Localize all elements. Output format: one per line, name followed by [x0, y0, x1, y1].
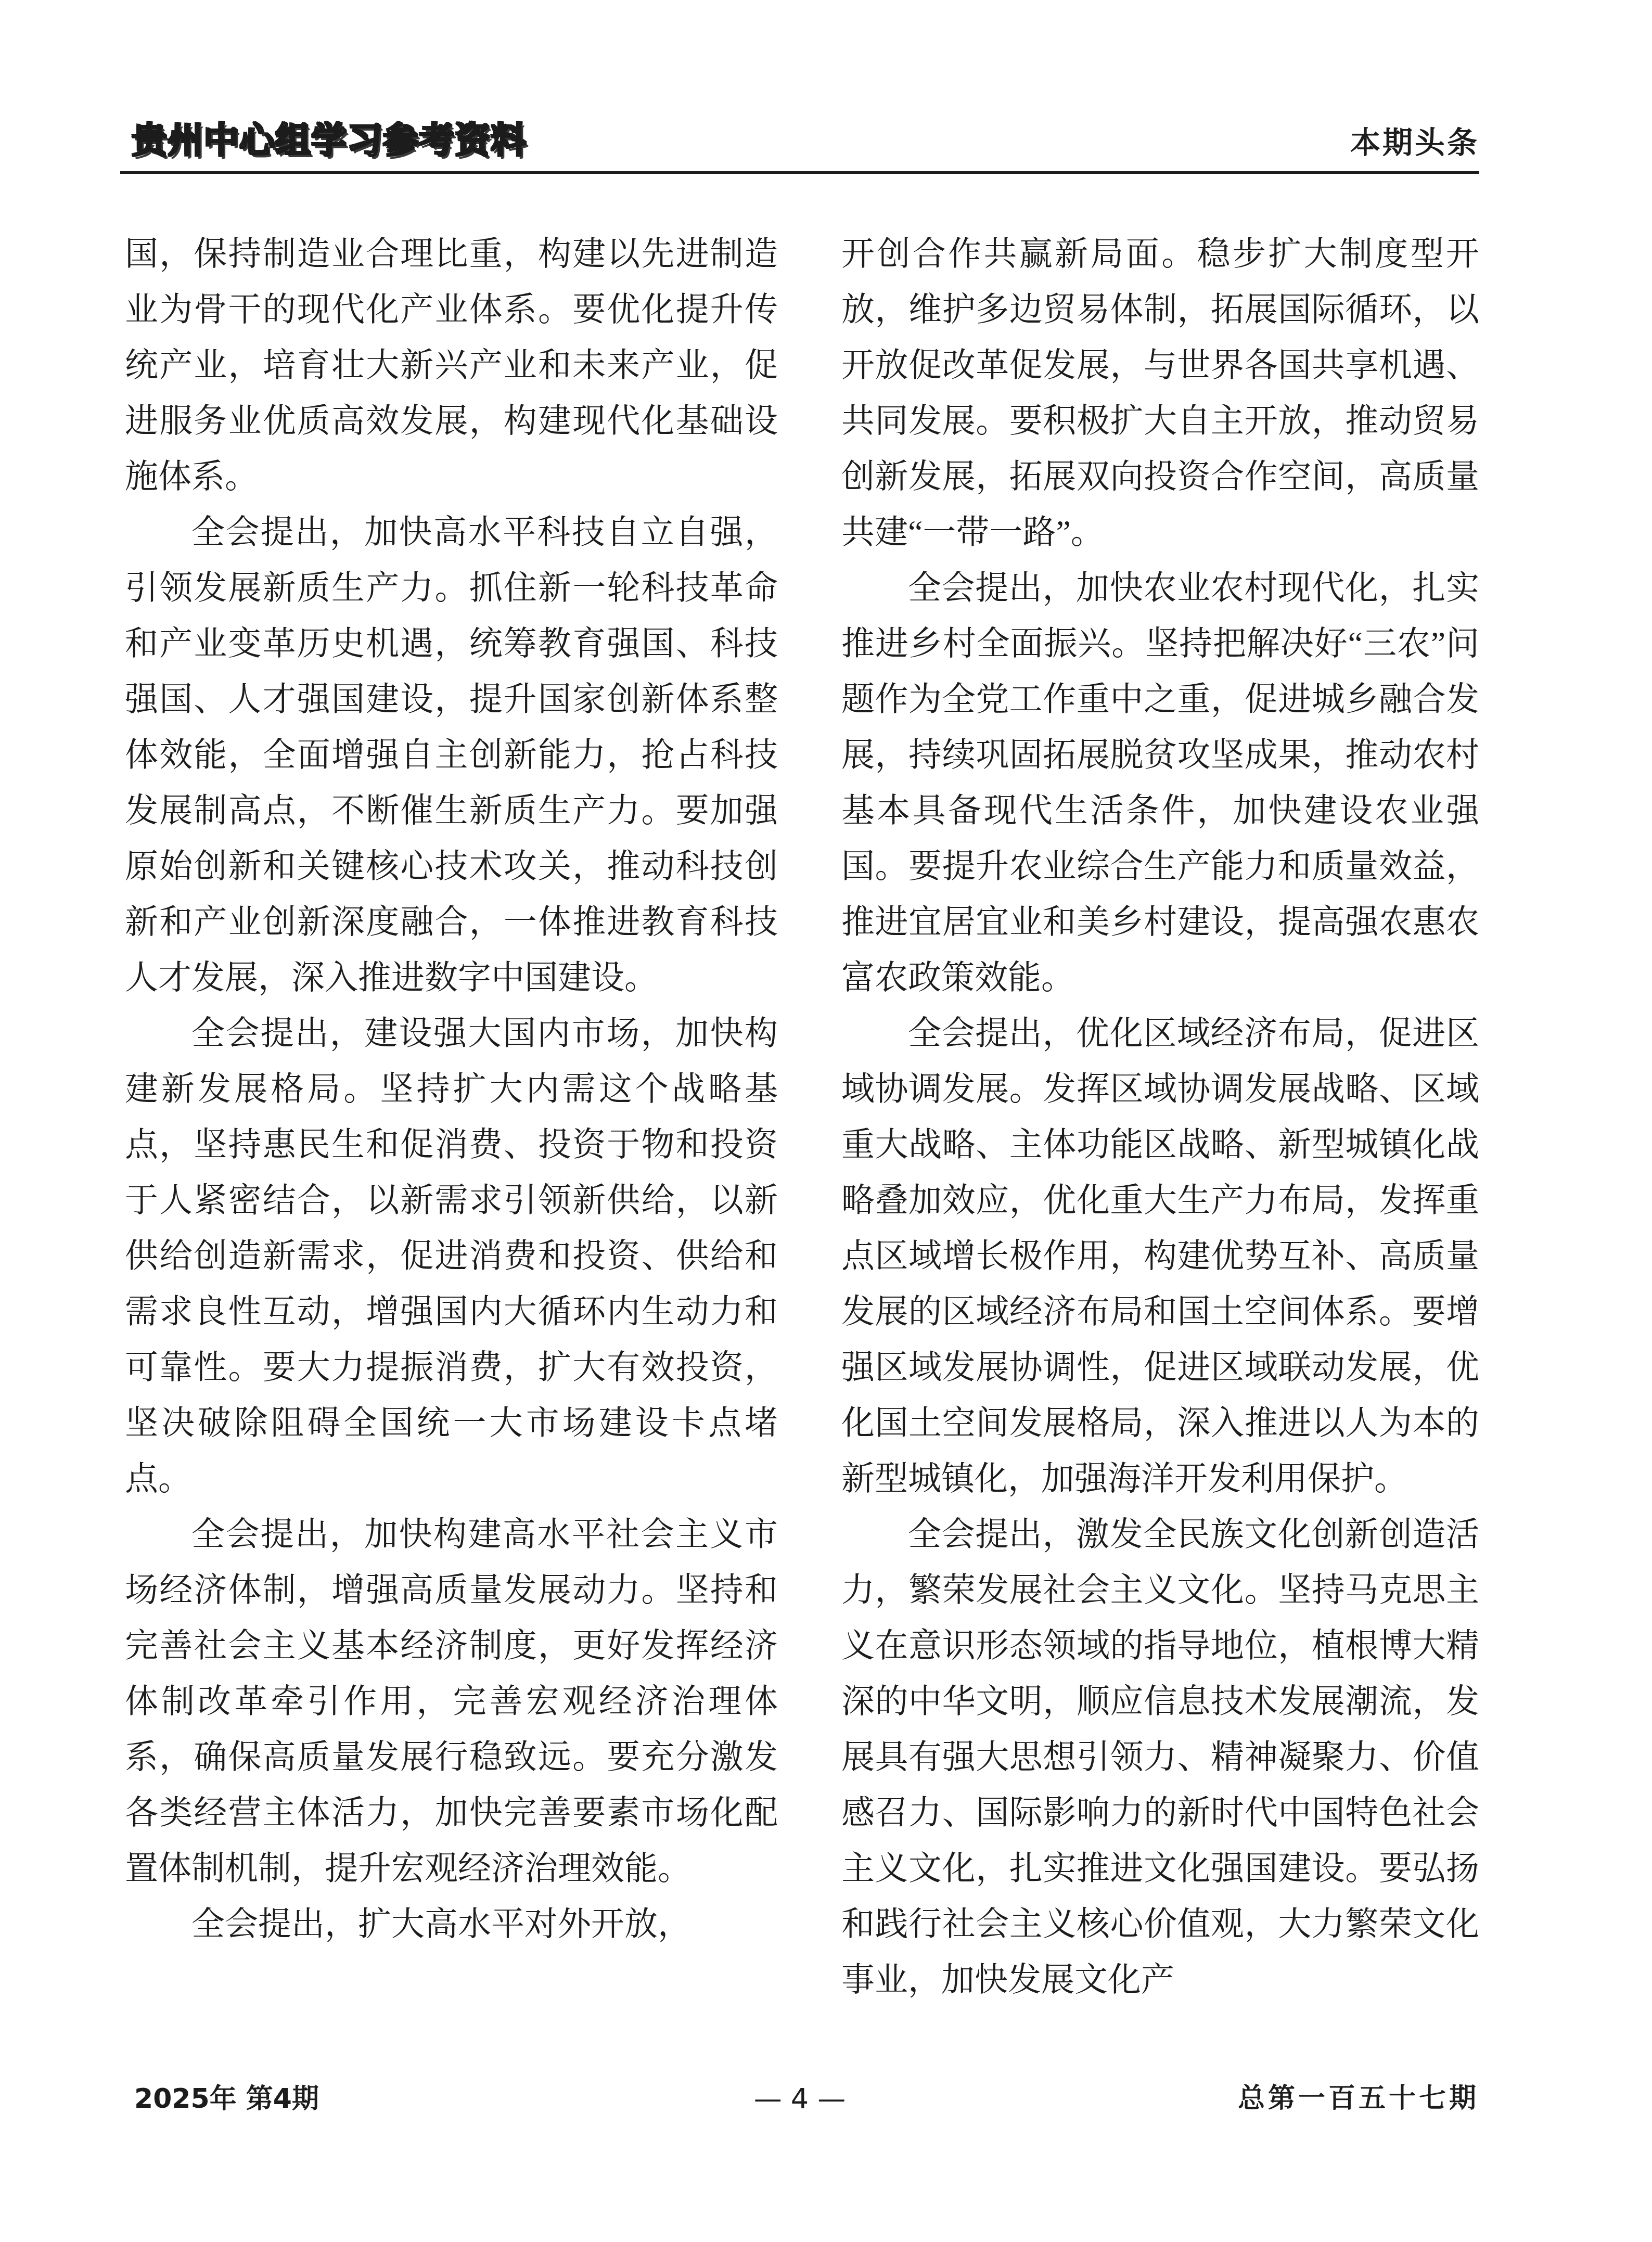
left-column: 国，保持制造业合理比重，构建以先进制造业为骨干的现代化产业体系。要优化提升传统产…	[125, 226, 778, 2007]
column-gutter	[778, 226, 841, 2007]
paragraph: 全会提出，加快高水平科技自立自强，引领发展新质生产力。抓住新一轮科技革命和产业变…	[125, 504, 778, 1005]
footer-cumulative-issue: 总第一百五十七期	[1238, 2082, 1479, 2116]
paragraph: 全会提出，扩大高水平对外开放，	[125, 1896, 778, 1952]
paragraph: 国，保持制造业合理比重，构建以先进制造业为骨干的现代化产业体系。要优化提升传统产…	[125, 226, 778, 504]
paragraph: 全会提出，加快农业农村现代化，扎实推进乡村全面振兴。坚持把解决好“三农”问题作为…	[841, 560, 1479, 1005]
right-column: 开创合作共赢新局面。稳步扩大制度型开放，维护多边贸易体制，拓展国际循环，以开放促…	[841, 226, 1479, 2007]
paragraph: 全会提出，建设强大国内市场，加快构建新发展格局。坚持扩大内需这个战略基点，坚持惠…	[125, 1005, 778, 1506]
page: 贵州中心组学习参考资料 本期头条 国，保持制造业合理比重，构建以先进制造业为骨干…	[0, 0, 1652, 2242]
section-label: 本期头条	[1350, 125, 1479, 161]
paragraph: 全会提出，优化区域经济布局，促进区域协调发展。发挥区域协调发展战略、区域重大战略…	[841, 1005, 1479, 1506]
paragraph: 全会提出，激发全民族文化创新创造活力，繁荣发展社会主义文化。坚持马克思主义在意识…	[841, 1506, 1479, 2007]
header-rule	[120, 171, 1479, 174]
masthead-logo: 贵州中心组学习参考资料	[132, 118, 527, 164]
content-columns: 国，保持制造业合理比重，构建以先进制造业为骨干的现代化产业体系。要优化提升传统产…	[125, 226, 1479, 2007]
paragraph: 开创合作共赢新局面。稳步扩大制度型开放，维护多边贸易体制，拓展国际循环，以开放促…	[841, 226, 1479, 560]
paragraph: 全会提出，加快构建高水平社会主义市场经济体制，增强高质量发展动力。坚持和完善社会…	[125, 1506, 778, 1896]
